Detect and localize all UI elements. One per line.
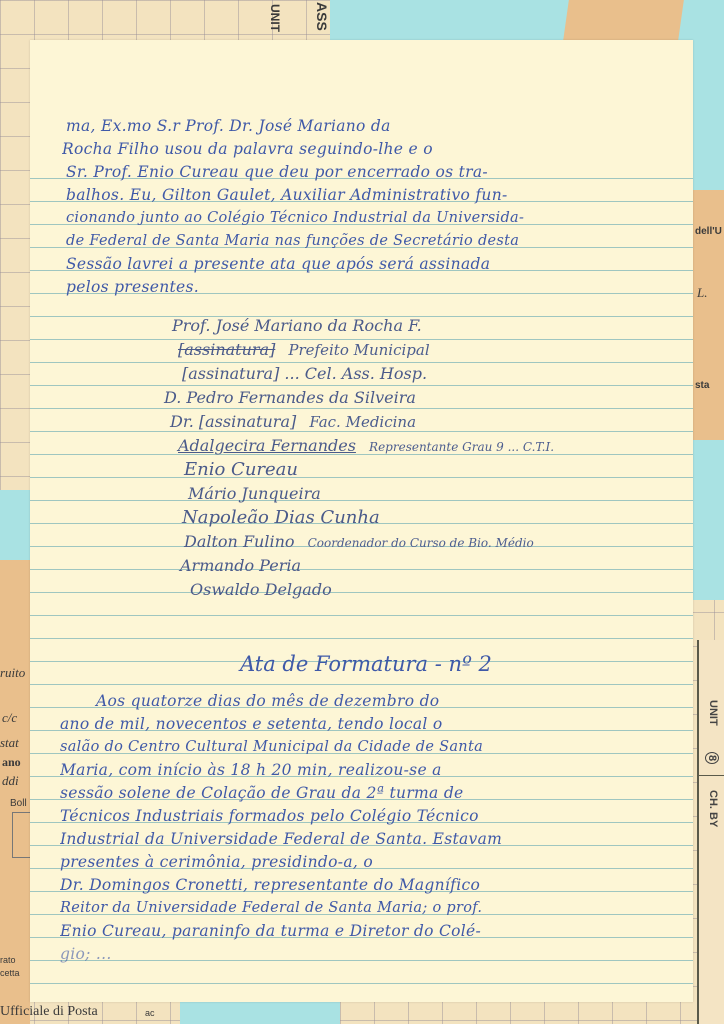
background-teal-left: [0, 490, 30, 560]
collage-label-right-1: dell'U: [695, 226, 722, 237]
signature-1: Prof. José Mariano da Rocha F.: [172, 314, 422, 337]
signature-name: Enio Cureau: [184, 459, 298, 480]
collage-label-left-8: cetta: [0, 968, 20, 978]
signature-name: Mário Junqueira: [188, 484, 321, 503]
signature-name: Napoleão Dias Cunha: [182, 507, 380, 528]
signature-name: [assinatura]: [178, 340, 275, 359]
signature-5: Dr. [assinatura] Fac. Medicina: [170, 410, 416, 434]
text-line: Maria, com início às 18 h 20 min, realiz…: [60, 759, 685, 782]
signature-role: Prefeito Municipal: [288, 341, 429, 359]
text-line: ma, Ex.mo S.r Prof. Dr. José Mariano da: [66, 115, 685, 138]
text-line: de Federal de Santa Maria nas funções de…: [66, 230, 685, 253]
signature-8: Mário Junqueira: [188, 482, 321, 505]
background-teal-bottom: [180, 1002, 340, 1024]
signature-name: Dalton Fulino: [184, 532, 295, 551]
collage-label-unit-number: 8: [705, 752, 719, 764]
text-line: Reitor da Universidade Federal de Santa …: [60, 897, 685, 920]
text-line: Dr. Domingos Cronetti, representante do …: [60, 874, 685, 897]
signature-3: [assinatura] ... Cel. Ass. Hosp.: [182, 362, 427, 385]
text-line: Sr. Prof. Enio Cureau que deu por encerr…: [66, 161, 685, 184]
collage-label-right-2: L.: [697, 285, 707, 301]
signature-11: Armando Peria: [180, 554, 301, 577]
collage-label-bottom-2: ac: [145, 1008, 155, 1018]
collage-unit-box: UNIT 8 CH. BY: [697, 640, 724, 1024]
collage-divider: [699, 775, 724, 776]
text-line: presentes à cerimônia, presidindo-a, o: [60, 851, 685, 874]
signature-name: Adalgecira Fernandes: [178, 436, 356, 455]
signature-name: Oswaldo Delgado: [190, 580, 332, 599]
collage-label-right-3: sta: [695, 380, 709, 391]
signature-name: D. Pedro Fernandes da Silveira: [164, 388, 416, 407]
minutes-heading: Ata de Formatura - nº 2: [240, 652, 492, 676]
collage-label-left-2: c/c: [2, 710, 17, 726]
signature-role: Fac. Medicina: [309, 413, 416, 431]
background-teal-right-lower: [693, 440, 724, 600]
collage-label-bottom: Ufficiale di Posta: [0, 1004, 98, 1020]
text-line: balhos. Eu, Gilton Gaulet, Auxiliar Admi…: [66, 184, 685, 207]
collage-stamp-box: [12, 812, 32, 858]
signature-7: Enio Cureau: [184, 458, 298, 481]
collage-label-ass-top: ASS: [314, 2, 330, 31]
text-line: cionando junto ao Colégio Técnico Indust…: [66, 207, 685, 230]
first-minutes-closing: ma, Ex.mo S.r Prof. Dr. José Mariano da …: [66, 115, 685, 299]
text-line: Enio Cureau, paraninfo da turma e Direto…: [60, 920, 685, 943]
text-line: Técnicos Industriais formados pelo Colég…: [60, 805, 685, 828]
collage-label-chby: CH. BY: [707, 790, 719, 827]
signature-name: Armando Peria: [180, 556, 301, 575]
collage-label-left-3: stat: [0, 735, 19, 751]
text-line: Rocha Filho usou da palavra seguindo-lhe…: [62, 138, 685, 161]
collage-label-left-7: rato: [0, 955, 16, 965]
text-line: Sessão lavrei a presente ata que após se…: [66, 253, 685, 276]
signature-name: [assinatura] ... Cel. Ass. Hosp.: [182, 364, 427, 383]
text-line: Industrial da Universidade Federal de Sa…: [60, 828, 685, 851]
signature-name: Prof. José Mariano da Rocha F.: [172, 316, 422, 335]
signature-role: Coordenador do Curso de Bio. Médio: [308, 536, 534, 550]
text-line: pelos presentes.: [66, 276, 685, 299]
text-line: Aos quatorze dias do mês de dezembro do: [60, 690, 685, 713]
ledger-page: ma, Ex.mo S.r Prof. Dr. José Mariano da …: [30, 40, 693, 1002]
text-line: gio; ...: [60, 943, 685, 966]
second-minutes-body: Aos quatorze dias do mês de dezembro do …: [60, 690, 685, 966]
signature-10: Dalton Fulino Coordenador do Curso de Bi…: [184, 530, 534, 555]
signature-12: Oswaldo Delgado: [190, 578, 332, 601]
background-teal-right: [693, 40, 724, 190]
text-line: ano de mil, novecentos e setenta, tendo …: [60, 713, 685, 736]
signature-role: Representante Grau 9 ... C.T.I.: [369, 440, 554, 454]
signature-6: Adalgecira Fernandes Representante Grau …: [178, 434, 554, 459]
collage-label-left-4: ano: [2, 755, 21, 770]
collage-label-left-6: Boll: [10, 798, 27, 809]
text-line: salão do Centro Cultural Municipal da Ci…: [60, 736, 685, 759]
collage-label-left-1: ruito: [0, 665, 25, 681]
text-line: sessão solene de Colação de Grau da 2ª t…: [60, 782, 685, 805]
collage-label-left-5: ddi: [2, 773, 19, 789]
collage-label-unit: UNIT: [707, 700, 719, 726]
signature-2: [assinatura] Prefeito Municipal: [178, 338, 430, 362]
signature-9: Napoleão Dias Cunha: [182, 506, 380, 529]
signature-name: Dr. [assinatura]: [170, 412, 296, 431]
signature-4: D. Pedro Fernandes da Silveira: [164, 386, 416, 409]
collage-label-unit-top: UNIT: [268, 4, 282, 32]
